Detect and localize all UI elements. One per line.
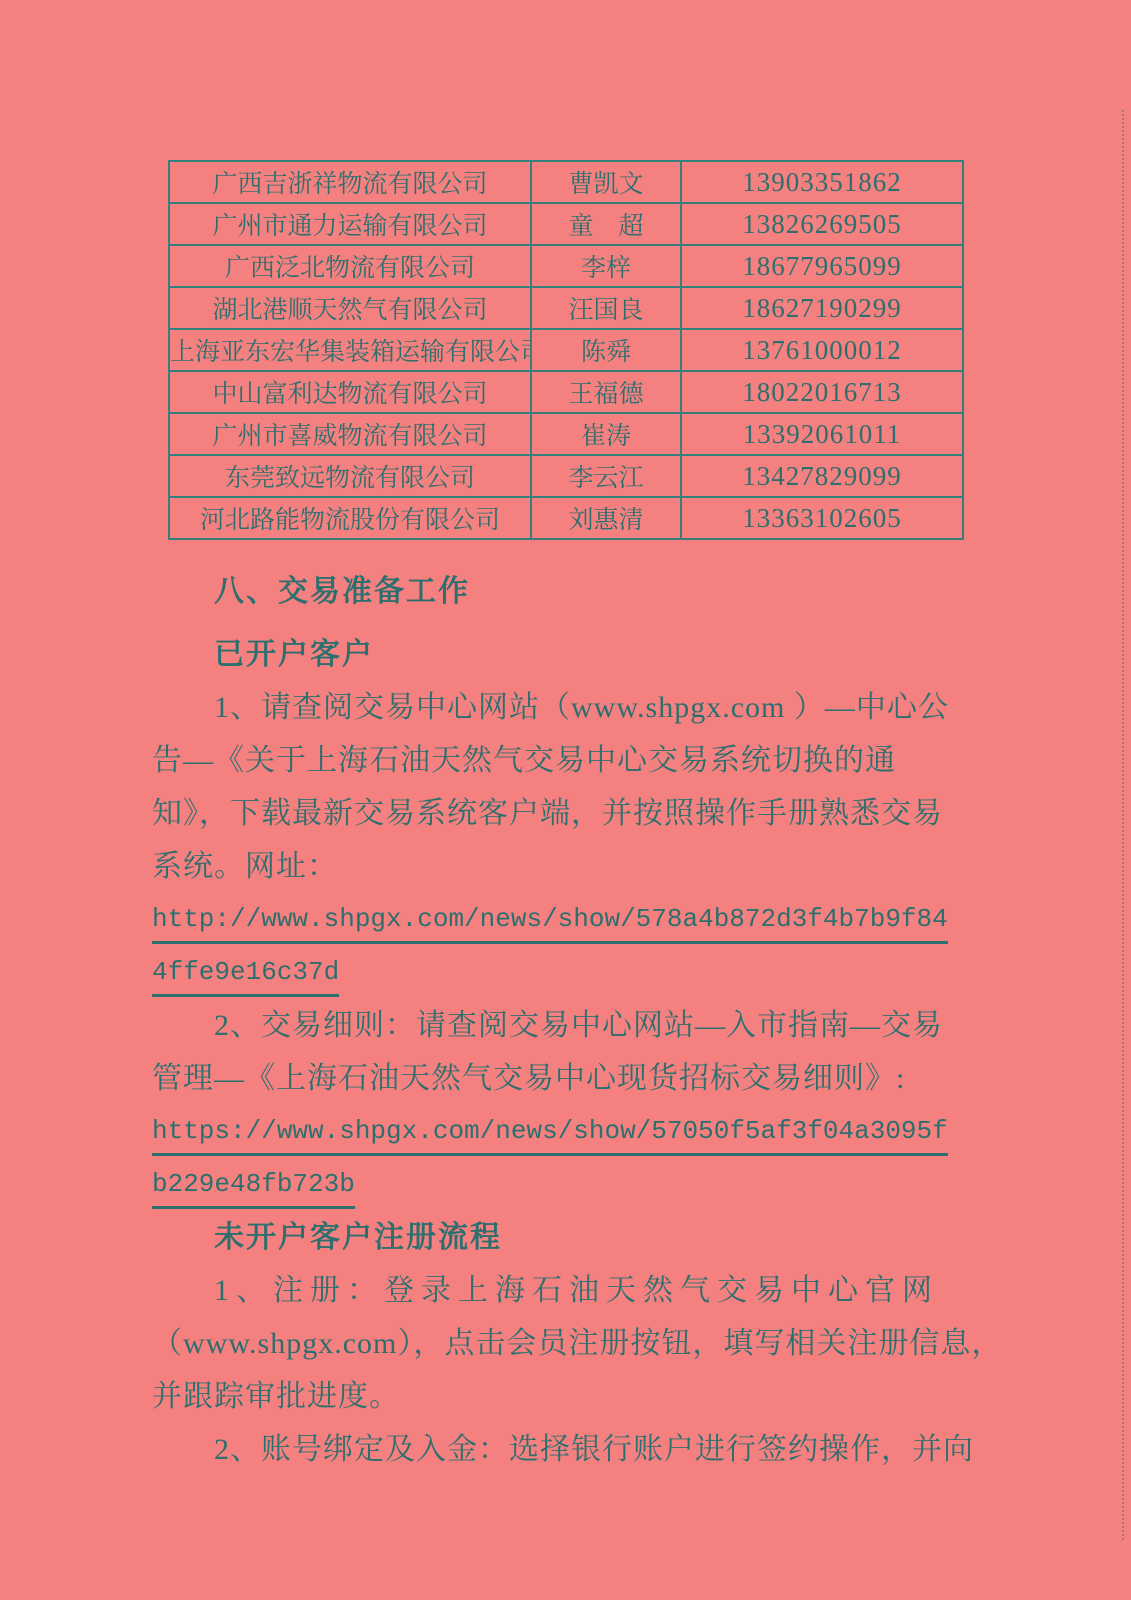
link-line: 4ffe9e16c37d xyxy=(152,946,974,999)
link-line: http://www.shpgx.com/news/show/578a4b872… xyxy=(152,893,974,946)
contact-cell: 李云江 xyxy=(531,455,681,497)
url-link[interactable]: http://www.shpgx.com/news/show/578a4b872… xyxy=(152,899,948,944)
phone-cell: 13427829099 xyxy=(681,455,963,497)
body-line: 系统。网址： xyxy=(152,840,974,893)
company-cell: 广州市喜威物流有限公司 xyxy=(169,413,531,455)
table-row: 广西吉浙祥物流有限公司曹凯文13903351862 xyxy=(169,161,963,203)
contact-cell: 刘惠清 xyxy=(531,497,681,539)
section-heading: 未开户客户注册流程 xyxy=(152,1211,974,1264)
contact-cell: 崔涛 xyxy=(531,413,681,455)
phone-cell: 13761000012 xyxy=(681,329,963,371)
phone-cell: 13826269505 xyxy=(681,203,963,245)
contact-cell: 李梓 xyxy=(531,245,681,287)
company-cell: 广西吉浙祥物流有限公司 xyxy=(169,161,531,203)
link-line: b229e48fb723b xyxy=(152,1158,974,1211)
table-row: 湖北港顺天然气有限公司汪国良18627190299 xyxy=(169,287,963,329)
phone-cell: 18677965099 xyxy=(681,245,963,287)
phone-cell: 18627190299 xyxy=(681,287,963,329)
table-row: 广西泛北物流有限公司李梓18677965099 xyxy=(169,245,963,287)
body-line: 并跟踪审批进度。 xyxy=(152,1370,974,1423)
table-row: 东莞致远物流有限公司李云江13427829099 xyxy=(169,455,963,497)
body-line: 2、交易细则：请查阅交易中心网站—入市指南—交易 xyxy=(152,999,974,1052)
contact-cell: 陈舜 xyxy=(531,329,681,371)
section-heading: 八、交易准备工作 xyxy=(152,565,974,618)
link-line: https://www.shpgx.com/news/show/57050f5a… xyxy=(152,1105,974,1158)
body-line: （www.shpgx.com），点击会员注册按钮，填写相关注册信息， xyxy=(152,1317,974,1370)
phone-cell: 13363102605 xyxy=(681,497,963,539)
body-line: 1、注册：登录上海石油天然气交易中心官网 xyxy=(152,1264,974,1317)
scan-edge-artifact xyxy=(1122,110,1124,1540)
company-cell: 广州市通力运输有限公司 xyxy=(169,203,531,245)
url-link[interactable]: https://www.shpgx.com/news/show/57050f5a… xyxy=(152,1111,948,1156)
body-line: 告—《关于上海石油天然气交易中心交易系统切换的通 xyxy=(152,734,974,787)
table-row: 上海亚东宏华集装箱运输有限公司陈舜13761000012 xyxy=(169,329,963,371)
registry-table: 广西吉浙祥物流有限公司曹凯文13903351862广州市通力运输有限公司童 超1… xyxy=(168,160,964,540)
contact-cell: 汪国良 xyxy=(531,287,681,329)
phone-cell: 18022016713 xyxy=(681,371,963,413)
table-row: 中山富利达物流有限公司王福德18022016713 xyxy=(169,371,963,413)
contact-cell: 童 超 xyxy=(531,203,681,245)
company-cell: 河北路能物流股份有限公司 xyxy=(169,497,531,539)
company-cell: 中山富利达物流有限公司 xyxy=(169,371,531,413)
section-heading: 已开户客户 xyxy=(152,628,974,681)
phone-cell: 13903351862 xyxy=(681,161,963,203)
url-link[interactable]: b229e48fb723b xyxy=(152,1164,355,1209)
phone-cell: 13392061011 xyxy=(681,413,963,455)
company-cell: 上海亚东宏华集装箱运输有限公司 xyxy=(169,329,531,371)
company-cell: 东莞致远物流有限公司 xyxy=(169,455,531,497)
contact-cell: 王福德 xyxy=(531,371,681,413)
table-row: 广州市喜威物流有限公司崔涛13392061011 xyxy=(169,413,963,455)
table-row: 河北路能物流股份有限公司刘惠清13363102605 xyxy=(169,497,963,539)
contact-cell: 曹凯文 xyxy=(531,161,681,203)
body-line: 知》，下载最新交易系统客户端，并按照操作手册熟悉交易 xyxy=(152,787,974,840)
url-link[interactable]: 4ffe9e16c37d xyxy=(152,952,339,997)
body-line: 管理—《上海石油天然气交易中心现货招标交易细则》: xyxy=(152,1052,974,1105)
body-line: 1、请查阅交易中心网站（www.shpgx.com ）—中心公 xyxy=(152,681,974,734)
table-row: 广州市通力运输有限公司童 超13826269505 xyxy=(169,203,963,245)
company-cell: 湖北港顺天然气有限公司 xyxy=(169,287,531,329)
company-cell: 广西泛北物流有限公司 xyxy=(169,245,531,287)
document-page: 广西吉浙祥物流有限公司曹凯文13903351862广州市通力运输有限公司童 超1… xyxy=(0,0,1131,1600)
body-line: 2、账号绑定及入金：选择银行账户进行签约操作，并向 xyxy=(152,1423,974,1476)
document-body: 八、交易准备工作已开户客户1、请查阅交易中心网站（www.shpgx.com ）… xyxy=(152,565,974,1476)
